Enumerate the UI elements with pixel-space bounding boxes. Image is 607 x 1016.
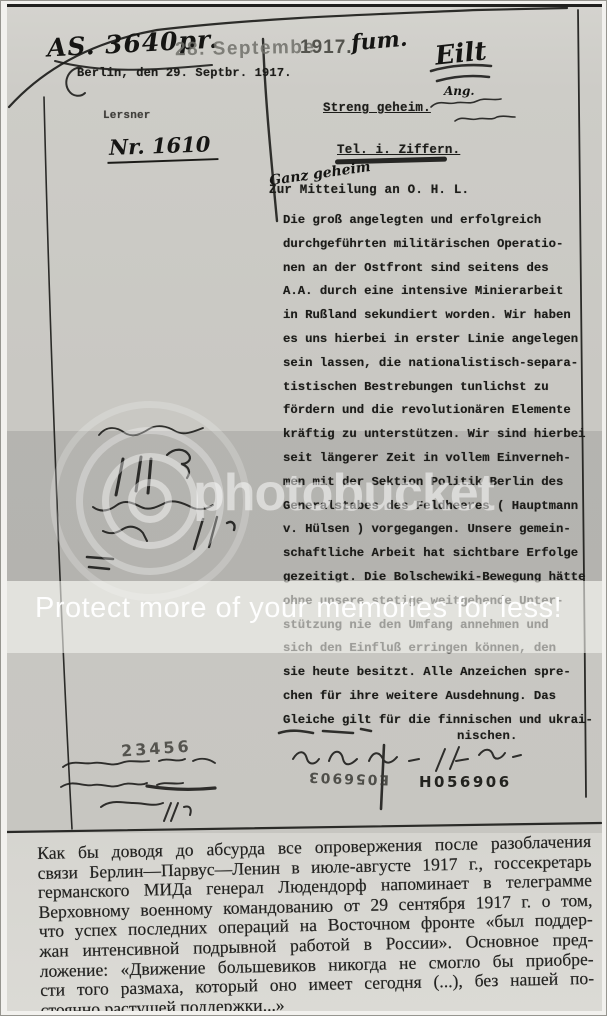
document-number-handwritten: Nr. 1610 [107, 131, 219, 164]
addressee-line: Zur Mitteilung an O. H. L. [269, 183, 469, 197]
typed-line: es uns hierbei in erster Linie angelegen [283, 328, 589, 352]
body-tail-word: nischen. [457, 729, 518, 743]
typed-line: chen für ihre weitere Ausdehnung. Das [283, 685, 589, 709]
typed-line: schaftliche Arbeit hat sichtbare Erfolge [283, 542, 589, 566]
urgency-note-handwritten: Eilt [434, 36, 488, 71]
typed-line: kräftig zu unterstützen. Wir sind hierbe… [283, 423, 589, 447]
typed-line: fördern und die revolutionären Elemente [283, 399, 589, 423]
typed-line: tistischen Bestrebungen tunlichst zu [283, 376, 589, 400]
scanned-document-page: AS. 3640pr. 28. Septembe 1917. fum. Eilt… [0, 0, 607, 1016]
typed-line: durchgeführten militärischen Operatio- [283, 233, 589, 257]
typed-line: sein lassen, die nationalistisch-separa- [283, 352, 589, 376]
cipher-transmission-line: Tel. i. Ziffern. [337, 143, 460, 157]
mirrored-archive-stamp: E056903 [307, 769, 390, 788]
photobucket-brand-watermark: photobucket [193, 463, 494, 523]
typed-line: Gleiche gilt für die finnischen und ukra… [283, 709, 589, 733]
typed-line: in Rußland sekundiert worden. Wir haben [283, 304, 589, 328]
typed-line: Die groß angelegten und erfolgreich [283, 209, 589, 233]
photobucket-slogan-watermark: Protect more of your memories for less! [35, 592, 562, 625]
date-stamp: 28. Septembe [175, 37, 316, 61]
caption-text: Как бы доводя до абсурда все опровержени… [37, 833, 595, 1011]
sender-name: Lersner [103, 110, 151, 122]
document-photo: AS. 3640pr. 28. Septembe 1917. fum. Eilt… [7, 4, 602, 836]
archive-number-stamp: H056906 [419, 773, 512, 791]
caption-area: Как бы доводя до абсурда все опровержени… [7, 833, 602, 1011]
typed-line: A.A. durch eine intensive Minierarbeit [283, 280, 589, 304]
typed-line: nen an der Ostfront sind seitens des [283, 257, 589, 281]
secrecy-classification: Streng geheim. [323, 101, 431, 115]
place-date-line: Berlin, den 29. Septbr. 1917. [77, 66, 292, 80]
urgency-subnote-handwritten: Ang. [444, 84, 475, 98]
date-stamp-year: 1917. [300, 37, 353, 59]
typed-line: sie heute besitzt. Alle Anzeichen spre- [283, 661, 589, 685]
registry-initials-handwritten: fum. [350, 26, 408, 57]
